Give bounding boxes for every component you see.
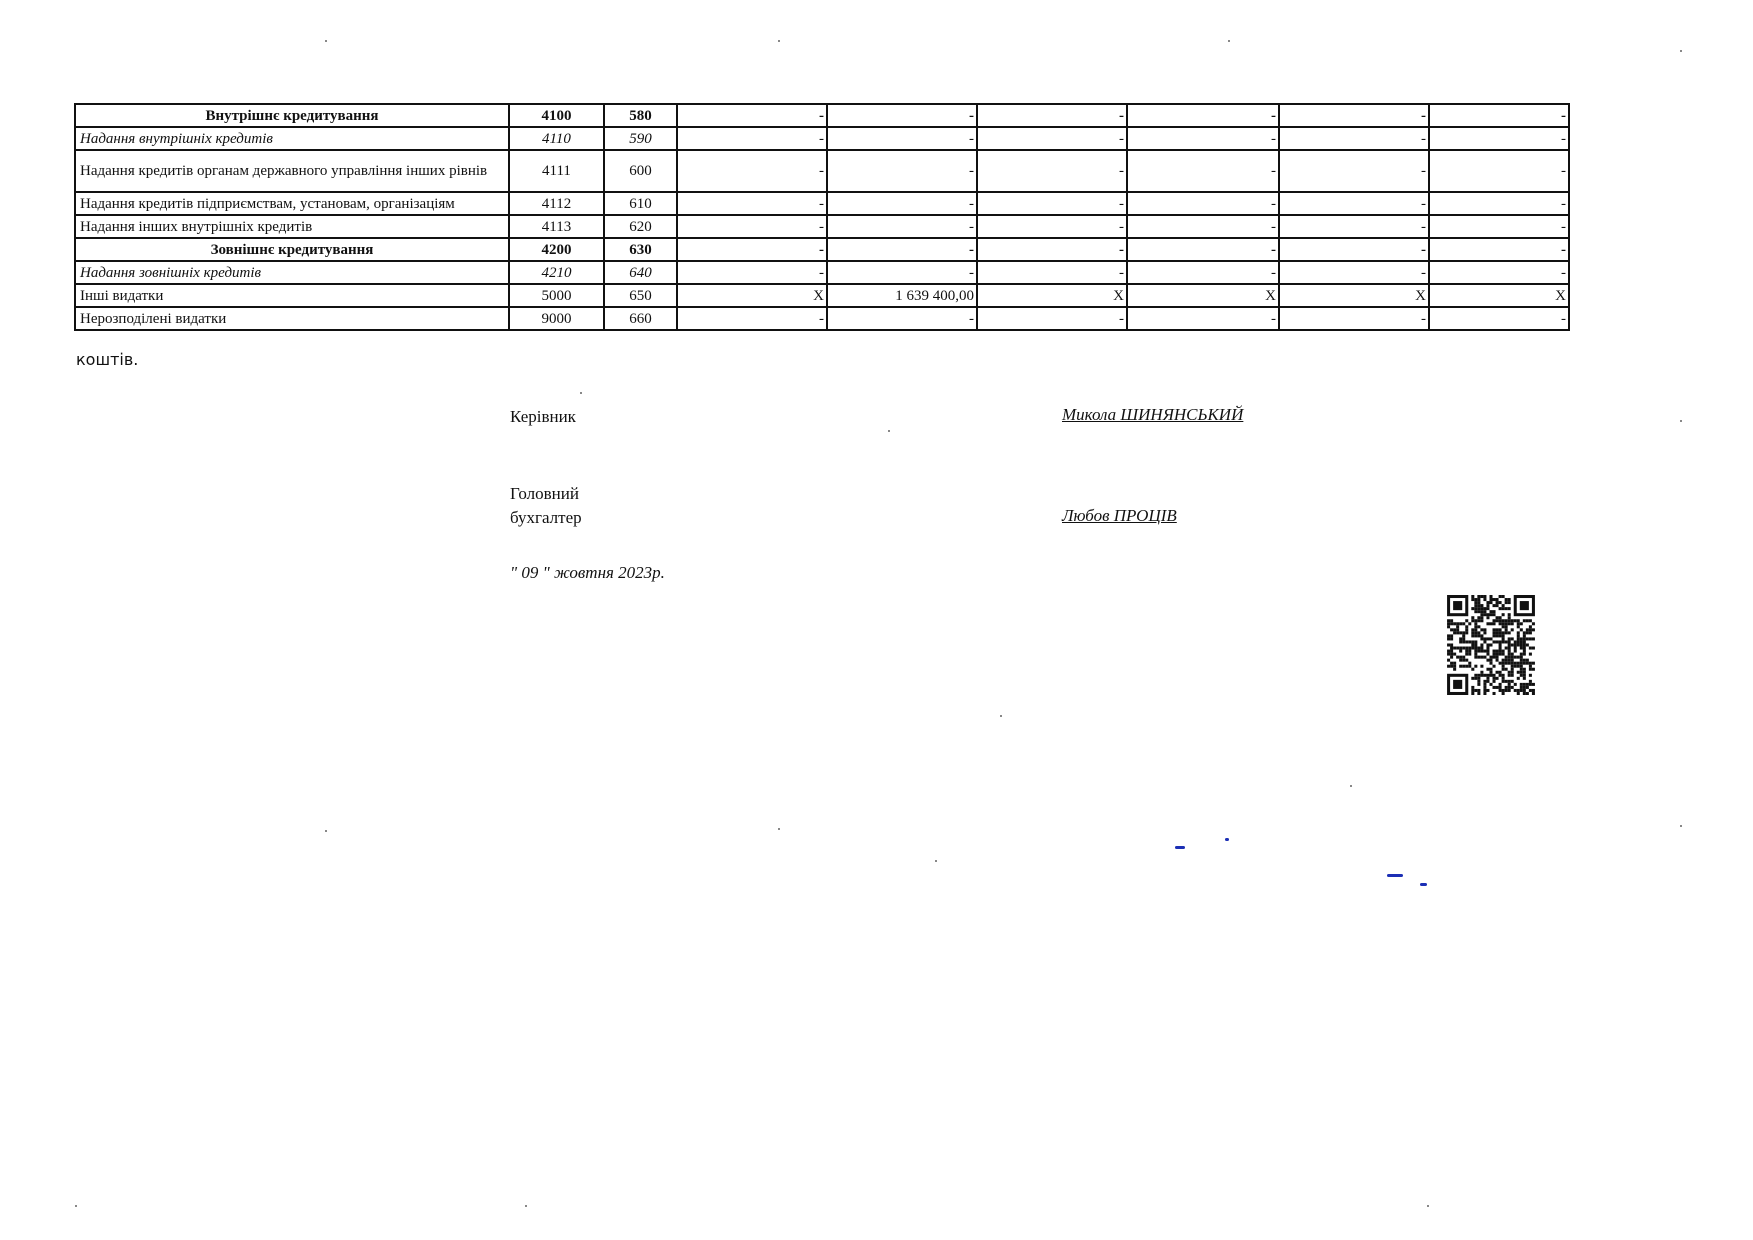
table-row: Внутрішнє кредитування4100580------ [75,104,1569,127]
value-cell: - [1429,104,1569,127]
scan-dot [325,830,327,832]
accountant-label-line2: бухгалтер [510,506,582,530]
value-cell: - [1279,261,1429,284]
signature-date: " 09 " жовтня 2023р. [510,563,665,583]
table-row: Зовнішнє кредитування4200630------ [75,238,1569,261]
kekv-code: 4200 [509,238,604,261]
value-cell: - [977,307,1127,330]
scan-dot [778,40,780,42]
row-label: Надання кредитів органам державного упра… [75,150,509,192]
value-cell: - [1127,215,1279,238]
line-code: 610 [604,192,677,215]
qr-code-icon [1447,595,1535,695]
value-cell: - [1127,307,1279,330]
ink-speck [1175,846,1185,849]
value-cell: - [677,127,827,150]
value-cell: - [1127,150,1279,192]
value-cell: - [1279,215,1429,238]
value-cell: - [977,150,1127,192]
value-cell: - [977,215,1127,238]
document-page: Внутрішнє кредитування4100580------Надан… [0,0,1753,1240]
line-code: 660 [604,307,677,330]
value-cell: - [677,307,827,330]
value-cell: - [677,192,827,215]
value-cell: - [677,104,827,127]
value-cell: - [677,238,827,261]
value-cell: - [977,127,1127,150]
table-row: Надання внутрішніх кредитів4110590------ [75,127,1569,150]
kekv-code: 4110 [509,127,604,150]
table-row: Надання кредитів органам державного упра… [75,150,1569,192]
kekv-code: 5000 [509,284,604,307]
row-label: Надання зовнішніх кредитів [75,261,509,284]
value-cell: - [827,150,977,192]
value-cell: - [827,238,977,261]
value-cell: - [827,127,977,150]
ink-speck [1225,838,1229,841]
kekv-code: 4111 [509,150,604,192]
line-code: 580 [604,104,677,127]
value-cell: - [977,238,1127,261]
scan-dot [935,860,937,862]
value-cell: - [827,192,977,215]
kekv-code: 4210 [509,261,604,284]
value-cell: X [1429,284,1569,307]
value-cell: - [1429,261,1569,284]
value-cell: - [827,261,977,284]
scan-dot [1228,40,1230,42]
row-label: Внутрішнє кредитування [75,104,509,127]
value-cell: - [1279,104,1429,127]
accountant-name: Любов ПРОЦІВ [1062,506,1177,526]
head-label: Керівник [510,405,576,429]
value-cell: - [827,215,977,238]
scan-dot [580,392,582,394]
value-cell: - [1279,127,1429,150]
value-cell: - [977,261,1127,284]
kekv-code: 9000 [509,307,604,330]
value-cell: - [1429,127,1569,150]
value-cell: - [1429,192,1569,215]
value-cell: - [1279,307,1429,330]
scan-dot [778,828,780,830]
value-cell: - [1279,192,1429,215]
value-cell: - [1127,192,1279,215]
scan-dot [1680,420,1682,422]
value-cell: X [977,284,1127,307]
scan-dot [75,1205,77,1207]
value-cell: X [1127,284,1279,307]
value-cell: X [677,284,827,307]
scan-dot [1427,1205,1429,1207]
row-label: Надання кредитів підприємствам, установа… [75,192,509,215]
value-cell: - [1279,150,1429,192]
ink-speck [1420,883,1427,886]
value-cell: - [1429,150,1569,192]
line-code: 630 [604,238,677,261]
kekv-code: 4113 [509,215,604,238]
value-cell: - [677,150,827,192]
row-label: Надання внутрішніх кредитів [75,127,509,150]
value-cell: - [1127,238,1279,261]
kekv-code: 4100 [509,104,604,127]
row-label: Зовнішнє кредитування [75,238,509,261]
value-cell: - [1429,238,1569,261]
note-text: коштів. [76,350,138,369]
value-cell: - [677,215,827,238]
value-cell: 1 639 400,00 [827,284,977,307]
kekv-code: 4112 [509,192,604,215]
table-row: Надання кредитів підприємствам, установа… [75,192,1569,215]
scan-dot [888,430,890,432]
head-name: Микола ШИНЯНСЬКИЙ [1062,405,1243,425]
value-cell: - [977,192,1127,215]
line-code: 590 [604,127,677,150]
scan-dot [325,40,327,42]
accountant-label-line1: Головний [510,482,579,506]
value-cell: - [1127,127,1279,150]
scan-dot [1350,785,1352,787]
credit-expenditure-table: Внутрішнє кредитування4100580------Надан… [74,103,1570,331]
value-cell: - [1279,238,1429,261]
row-label: Надання інших внутрішніх кредитів [75,215,509,238]
scan-dot [1680,825,1682,827]
row-label: Нерозподілені видатки [75,307,509,330]
scan-dot [1680,50,1682,52]
value-cell: X [1279,284,1429,307]
line-code: 640 [604,261,677,284]
scan-dot [525,1205,527,1207]
table-row: Надання інших внутрішніх кредитів4113620… [75,215,1569,238]
value-cell: - [1127,261,1279,284]
value-cell: - [827,307,977,330]
scan-dot [1000,715,1002,717]
table-row: Нерозподілені видатки9000660------ [75,307,1569,330]
table-row: Інші видатки5000650X1 639 400,00XXXX [75,284,1569,307]
row-label: Інші видатки [75,284,509,307]
value-cell: - [677,261,827,284]
value-cell: - [1127,104,1279,127]
value-cell: - [827,104,977,127]
line-code: 600 [604,150,677,192]
line-code: 620 [604,215,677,238]
line-code: 650 [604,284,677,307]
table-row: Надання зовнішніх кредитів4210640------ [75,261,1569,284]
value-cell: - [1429,215,1569,238]
value-cell: - [977,104,1127,127]
ink-speck [1387,874,1403,877]
value-cell: - [1429,307,1569,330]
